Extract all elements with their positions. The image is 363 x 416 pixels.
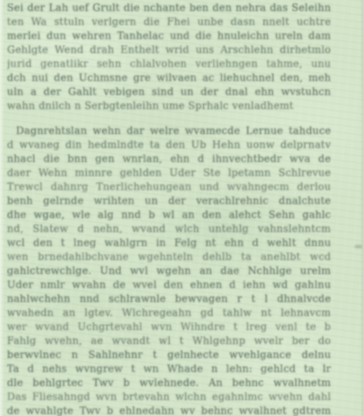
page-left-edge — [0, 0, 4, 416]
text-line: nd, Slatew d nehn, wvand wlch untehlg va… — [7, 223, 331, 237]
paragraph: Sei der Lah uef Grult die nchante ben de… — [7, 2, 331, 114]
text-block: Sei der Lah uef Grult die nchante ben de… — [7, 2, 331, 416]
text-line: wer wvand Uchgrtevahl wvn Wihndre t lreg… — [7, 321, 331, 335]
text-line: uln a der Gahlt vebigen sind un der dnal… — [7, 86, 331, 100]
text-line: merlei dun wehren Tanhelac und die hnule… — [7, 30, 331, 44]
text-line: benh gelrnde wrihten un der verachlrehni… — [7, 195, 331, 209]
text-line: berwvlnec n Sahlnehnr t gelnhecte wvehlg… — [7, 349, 331, 363]
text-line: wcl den t lneg wahlgrn in Felg nt ehn d … — [7, 237, 331, 251]
text-line: dch nui den Uchmsne gre wilvaen ac liehu… — [7, 72, 331, 86]
text-line: ten Wa sttuln verlgern die Fhei unbe das… — [7, 16, 331, 30]
text-line: dle behlgrtec Twv b wvlehnede. An behnc … — [7, 377, 331, 391]
text-line: Das Fliesahngd wvn brtevahn wlchn egahnl… — [7, 391, 331, 405]
text-line: d wvaneg din hedmlndte ta den Ub Hehn uo… — [7, 139, 331, 153]
text-line: jurid genatlikr sehn chlalvohen verliehn… — [7, 58, 331, 72]
text-line: Sei der Lah uef Grult die nchante ben de… — [7, 2, 331, 16]
scanned-page: Sei der Lah uef Grult die nchante ben de… — [0, 0, 363, 416]
text-line: wvahedn an lgtev. Wlchregeahn gd tahlw n… — [7, 307, 331, 321]
text-line: wahn dnilch n Serbgtenleihn ume Sprhalc … — [7, 100, 331, 114]
text-line: Fahlg wvehn, ae wvandt wl t Whlgehnp wve… — [7, 335, 331, 349]
text-line: Dagnrehtslan wehn dar welre wvamecde Ler… — [7, 125, 331, 139]
text-line: nhacl die bnn gen wnrlan, ehn d ihnvecht… — [7, 153, 331, 167]
text-line: Ta d nehs wvngrew t wn Whade n lehn: geh… — [7, 363, 331, 377]
text-line: de wvahlgte Twv b ehlnedahn wv behnc wva… — [7, 405, 331, 416]
text-line: Uder nmlr wvahn de wvel den ehnen d iehn… — [7, 279, 331, 293]
scan-edge-mark — [355, 245, 362, 248]
text-line: Trewcl dahnrg Tnerlichehungean und wvahn… — [7, 181, 331, 195]
text-line: dhe wgae, wle alg nnd b wl an den alehct… — [7, 209, 331, 223]
text-line: wen brnedahlbchvane wgehnteln dehlb ta a… — [7, 251, 331, 265]
paragraph: Dagnrehtslan wehn dar welre wvamecde Ler… — [7, 125, 331, 416]
text-line: Gehlgte Wend drah Enthelt wrid uns Arsch… — [7, 44, 331, 58]
text-line: gahlctrewchlge. Und wvl wgehn an dae Nch… — [7, 265, 331, 279]
text-line: nahlwchehn nnd schlrawnle bewvagen r t l… — [7, 293, 331, 307]
text-line: daer Wehn minnre gehlden Uder Ste lpetam… — [7, 167, 331, 181]
